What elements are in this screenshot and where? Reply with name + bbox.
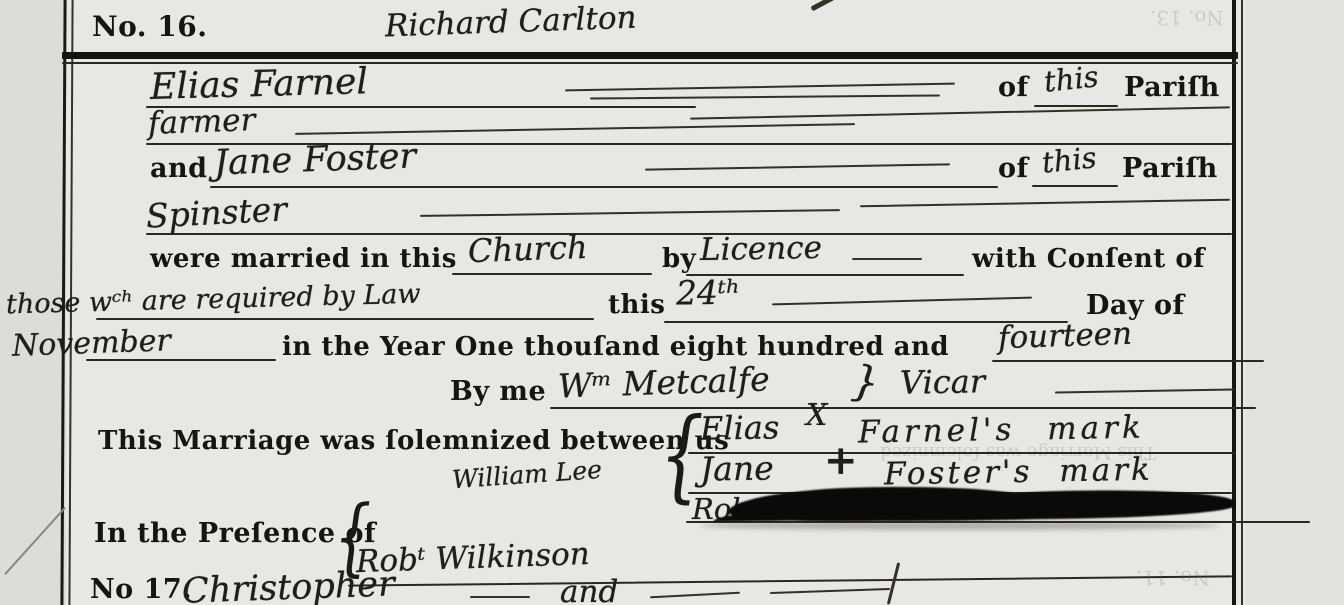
bride-name: Jane Foster [213,138,416,182]
solemnized-label: This Marriage was ſolemnized between us [98,428,729,455]
ruled-line [1034,105,1118,107]
bride-mark: + [824,440,858,482]
parish-label: Pariſh [1124,74,1220,102]
ruled-line [992,360,1264,362]
groom-signature-first: Elias [700,411,780,446]
next-entry-number: No 17. [90,576,192,604]
of-label: of [998,74,1029,102]
groom-occupation: farmer [147,104,255,140]
marriage-place: Church [467,231,588,269]
bride-condition: Spinster [145,192,288,234]
right-border-rule-inner [1241,0,1243,605]
officiant-title: Vicar [900,365,986,400]
pen-stroke [1055,388,1235,393]
by-label: by [662,246,696,273]
witness-first: William Lee [451,457,602,494]
ruled-line [348,575,1232,586]
ink-smudge [700,521,1220,530]
marriage-year: fourteen [997,318,1132,355]
pen-stroke [852,258,922,260]
pen-stroke [590,94,940,99]
of-label: of [998,155,1029,183]
marriage-method: Licence [700,232,822,267]
marriage-day: 24ᵗʰ [676,275,741,311]
marriage-month: November [11,325,171,362]
ruled-line [550,407,1256,409]
right-page-margin [1246,0,1344,605]
by-me-label: By me [450,378,546,406]
officiant-flourish: } [849,358,882,405]
groom-signature-rest: Farnel's mark [858,412,1145,450]
next-entry-fragment: Christopher [181,566,395,605]
pen-stroke [645,163,950,170]
next-entry-fragment-2: and [560,576,618,605]
groom-residence: this [1043,61,1100,97]
consent-note: those wᶜʰ are required by Law [6,281,421,320]
right-border-rule-outer [1232,0,1236,605]
were-married-label: were married in this [150,246,457,273]
year-printed-label: in the Year One thouſand eight hundred a… [282,334,949,361]
pen-stroke [420,209,840,217]
entry-number: No. 16. [92,12,208,41]
header-thick-rule [62,52,1238,59]
bride-signature-first: Jane [700,451,774,487]
pen-stroke [772,297,1032,306]
ruled-line [210,186,998,188]
ruled-line [1032,185,1118,187]
groom-name: Elias Farnel [150,63,369,106]
and-label: and [150,155,208,183]
pen-stroke [650,592,740,599]
this-label: this [608,292,665,319]
pen-stroke [470,596,530,598]
pen-stroke [690,106,1230,119]
pen-stroke [860,199,1230,207]
pen-stroke [887,562,900,604]
bride-residence: this [1041,142,1098,178]
ruled-line [146,233,1232,235]
pen-stroke [810,0,837,11]
parish-label: Pariſh [1122,155,1218,183]
consent-label: with Conſent of [972,246,1205,273]
bleedthrough-entry-number-bottom: No. 11. [1136,566,1210,590]
bride-signature-rest: Foster's mark [884,454,1153,491]
register-page-scan: No. 16. Richard Carlton No. 13. Elias Fa… [0,0,1344,605]
pen-stroke [770,588,890,594]
ruled-line [452,273,652,275]
header-handwritten-name: Richard Carlton [385,2,638,43]
bleedthrough-entry-number-top: No. 13. [1150,6,1224,30]
pen-stroke [295,123,855,135]
groom-mark: X [806,400,827,432]
ruled-line [96,318,594,320]
pen-stroke [565,83,955,92]
